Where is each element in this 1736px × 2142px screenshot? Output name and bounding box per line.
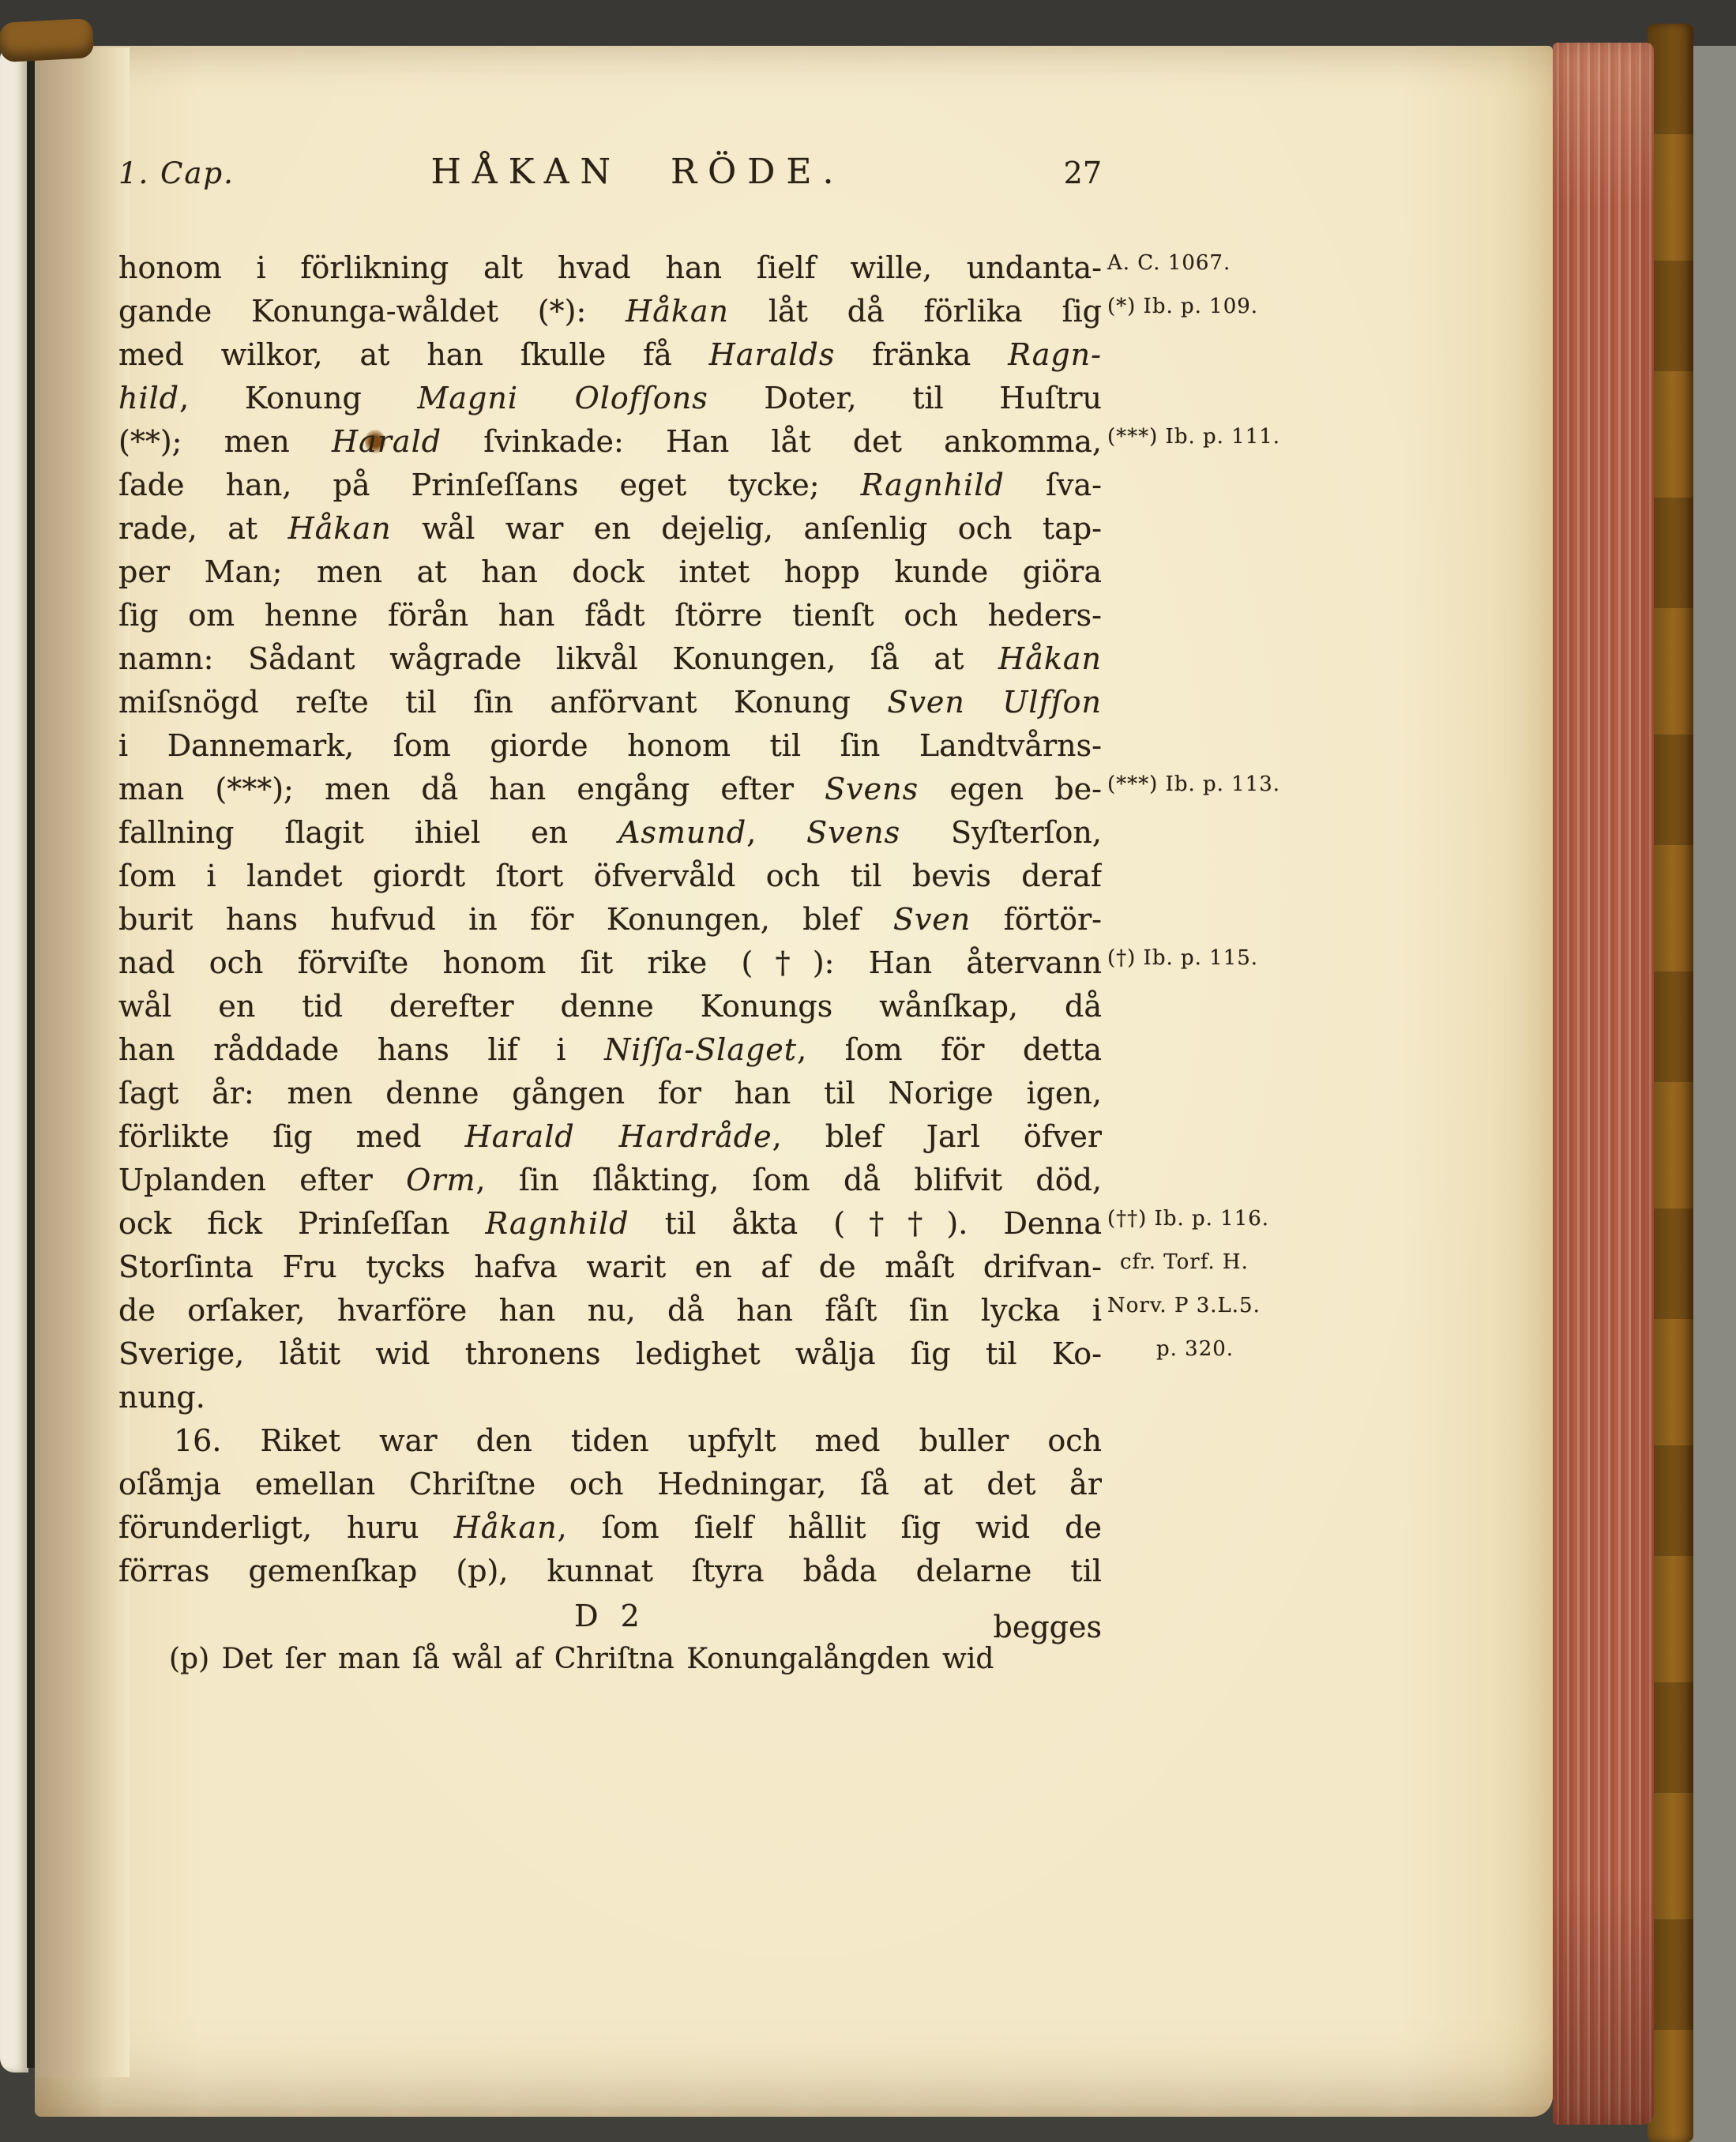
italic-text-segment: Ragn- [1008, 337, 1102, 372]
text-segment: Storſinta Fru tycks hafva warit en af de… [118, 1249, 1102, 1284]
gutter-shadow-line [27, 49, 35, 2068]
text-line: ſagt år: men denne gången for han til No… [118, 1072, 1102, 1115]
text-segment: ſig om henne förån han fådt ſtörre tienſ… [118, 598, 1102, 633]
chapter-label: 1. Cap. [118, 156, 292, 190]
margin-note: (†) Ib. p. 115. [1107, 946, 1297, 970]
text-line: per Man; men at han dock intet hopp kund… [118, 551, 1102, 594]
italic-text-segment: Sven Ulfſon [887, 685, 1102, 720]
text-segment: förtör- [971, 902, 1102, 937]
italic-text-segment: Haralds [709, 337, 836, 372]
left-page-edge [0, 47, 28, 2072]
text-segment: fallning ſlagit ihiel en [118, 815, 618, 850]
gutter-inner-margin [35, 47, 130, 2077]
text-segment: fränka [835, 337, 1008, 372]
text-segment: ſom i landet giordt ſtort öfvervåld och … [118, 859, 1102, 893]
text-segment: förras gemenſkap (p), kunnat ſtyra båda … [118, 1554, 1102, 1588]
book-fore-edge-red [1553, 43, 1654, 2125]
margin-note: p. 320. [1107, 1337, 1297, 1361]
text-segment: namn: Sådant wågrade likvål Konungen, ſå… [118, 641, 998, 676]
text-line: miſsnögd reſte til ſin anförvant Konung … [118, 681, 1102, 724]
margin-note: A. C. 1067. [1107, 251, 1297, 275]
text-segment: Uplanden efter [118, 1163, 406, 1197]
italic-text-segment: Svens [825, 772, 919, 806]
italic-text-segment: hild [118, 381, 179, 415]
text-segment: förlikte ſig med [118, 1119, 465, 1154]
margin-note: (††) Ib. p. 116. [1107, 1207, 1297, 1231]
italic-text-segment: Harald [332, 424, 442, 459]
text-segment: ſade han, på Prinſeſſans eget tycke; [118, 468, 861, 502]
book-binding-leather [1648, 24, 1693, 2142]
text-line: rade, at Håkan wål war en dejelig, anſen… [118, 507, 1102, 551]
catchword: begges [994, 1606, 1102, 1649]
italic-text-segment: Håkan [454, 1510, 558, 1545]
text-segment: til åkta (††). Denna [629, 1206, 1102, 1241]
text-line: honom i förlikning alt hvad han ſielf wi… [118, 246, 1102, 290]
text-line: namn: Sådant wågrade likvål Konungen, ſå… [118, 637, 1102, 681]
text-segment: oſåmja emellan Chriſtne och Hedningar, ſ… [118, 1467, 1102, 1501]
margin-note: Norv. P 3.L.5. [1107, 1294, 1297, 1317]
page-header: 1. Cap. HÅKAN RÖDE. 27 [118, 152, 1102, 192]
text-segment: nung. [118, 1380, 205, 1415]
italic-text-segment: Harald Hardråde [465, 1119, 772, 1154]
text-segment: wål en tid derefter denne Konungs wånſka… [118, 989, 1102, 1024]
text-line: han råddade hans lif i Niſſa-Slaget, ſom… [118, 1028, 1102, 1072]
page-number: 27 [983, 156, 1102, 190]
text-segment: egen be- [919, 772, 1102, 806]
text-segment: , blef Jarl öfver [772, 1119, 1102, 1154]
text-segment: (**); men [118, 424, 332, 459]
text-line: 16. Riket war den tiden upfylt med bulle… [118, 1419, 1102, 1463]
headband-leather [0, 18, 94, 62]
text-line: förlikte ſig med Harald Hardråde, blef J… [118, 1115, 1102, 1159]
signature-row: D 2 begges [118, 1595, 1102, 1638]
footnote: (p) Det ſer man ſå wål af Chriſtna Konun… [118, 1643, 1102, 1675]
text-line: oſåmja emellan Chriſtne och Hedningar, ſ… [118, 1463, 1102, 1506]
text-segment: ock fick Prinſeſſan [118, 1206, 486, 1241]
text-segment: ſagt år: men denne gången for han til No… [118, 1076, 1102, 1110]
text-line: wål en tid derefter denne Konungs wånſka… [118, 985, 1102, 1028]
text-segment: med wilkor, at han ſkulle få [118, 337, 709, 372]
text-segment: i Dannemark, ſom giorde honom til ſin La… [118, 728, 1102, 763]
text-line: ſom i landet giordt ſtort öfvervåld och … [118, 855, 1102, 898]
text-line: gande Konunga-wåldet (*): Håkan låt då f… [118, 290, 1102, 333]
text-lines: honom i förlikning alt hvad han ſielf wi… [118, 246, 1102, 1593]
text-segment: per Man; men at han dock intet hopp kund… [118, 554, 1102, 589]
italic-text-segment: Orm [406, 1163, 475, 1197]
italic-text-segment: Håkan [626, 294, 729, 329]
margin-note: (***) Ib. p. 111. [1107, 425, 1297, 449]
text-segment: de orſaker, hvarföre han nu, då han fåſt… [118, 1293, 1102, 1328]
text-line: ock fick Prinſeſſan Ragnhild til åkta (†… [118, 1202, 1102, 1246]
italic-text-segment: Svens [806, 815, 900, 850]
italic-text-segment: Asmund [618, 815, 746, 850]
text-line: förunderligt, huru Håkan, ſom ſielf håll… [118, 1506, 1102, 1550]
text-segment: rade, at [118, 511, 288, 546]
text-segment: , ſom för detta [797, 1032, 1102, 1067]
margin-note: (***) Ib. p. 113. [1107, 772, 1297, 796]
text-segment: nad och förviſte honom ſit rike (†): Han… [118, 945, 1102, 980]
text-line: Sverige, låtit wid thronens ledighet wål… [118, 1332, 1102, 1376]
text-segment: miſsnögd reſte til ſin anförvant Konung [118, 685, 887, 720]
text-line: fallning ſlagit ihiel en Asmund, Svens S… [118, 811, 1102, 855]
text-line: i Dannemark, ſom giorde honom til ſin La… [118, 724, 1102, 768]
text-line: nad och förviſte honom ſit rike (†): Han… [118, 941, 1102, 985]
text-segment: ſvinkade: Han låt det ankomma, [442, 424, 1102, 459]
text-segment: förunderligt, huru [118, 1510, 454, 1545]
text-line: de orſaker, hvarföre han nu, då han fåſt… [118, 1289, 1102, 1332]
text-line: förras gemenſkap (p), kunnat ſtyra båda … [118, 1550, 1102, 1593]
text-line: (**); men Harald ſvinkade: Han låt det a… [118, 420, 1102, 464]
text-segment: gande Konunga-wåldet (*): [118, 294, 626, 329]
text-segment: honom i förlikning alt hvad han ſielf wi… [118, 250, 1102, 285]
background-top-strip [0, 0, 1736, 46]
text-segment: , ſom ſielf hållit ſig wid de [558, 1510, 1102, 1545]
text-segment: burit hans hufvud in för Konungen, blef [118, 902, 893, 937]
italic-text-segment: Magni Olofſons [417, 381, 708, 415]
text-segment: Doter, til Huſtru [708, 381, 1102, 415]
text-line: Uplanden efter Orm, ſin ſlåkting, ſom då… [118, 1159, 1102, 1202]
text-segment: 16. Riket war den tiden upfylt med bulle… [174, 1423, 1102, 1458]
running-title: HÅKAN RÖDE. [292, 152, 983, 192]
text-segment: Sverige, låtit wid thronens ledighet wål… [118, 1336, 1102, 1371]
text-segment: ſva- [1005, 468, 1102, 502]
text-line: ſig om henne förån han fådt ſtörre tienſ… [118, 594, 1102, 637]
text-segment: , ſin ſlåkting, ſom då blifvit död, [476, 1163, 1102, 1197]
italic-text-segment: Håkan [288, 511, 392, 546]
text-line: ſade han, på Prinſeſſans eget tycke; Rag… [118, 464, 1102, 507]
italic-text-segment: Sven [893, 902, 971, 937]
scanned-book-photo: { "page_header": { "chapter": "1. Cap.",… [0, 0, 1736, 2142]
background-right-strip [1689, 46, 1736, 2142]
text-segment: man (***); men då han engång efter [118, 772, 825, 806]
text-segment: han råddade hans lif i [118, 1032, 604, 1067]
text-line: Storſinta Fru tycks hafva warit en af de… [118, 1246, 1102, 1289]
text-segment: , [746, 815, 806, 850]
text-line: nung. [118, 1376, 1102, 1419]
margin-note: cfr. Torf. H. [1107, 1250, 1297, 1274]
text-line: hild, Konung Magni Olofſons Doter, til H… [118, 377, 1102, 420]
italic-text-segment: Niſſa-Slaget [604, 1032, 797, 1067]
text-segment: Syſterſon, [900, 815, 1102, 850]
text-line: med wilkor, at han ſkulle få Haralds frä… [118, 333, 1102, 377]
italic-text-segment: Ragnhild [486, 1206, 629, 1241]
body-text: honom i förlikning alt hvad han ſielf wi… [118, 246, 1102, 1675]
signature-mark: D 2 [118, 1595, 1102, 1638]
text-segment: wål war en dejelig, anſenlig och tap- [392, 511, 1102, 546]
text-line: burit hans hufvud in för Konungen, blef … [118, 898, 1102, 941]
text-segment: låt då förlika ſig [729, 294, 1102, 329]
text-line: man (***); men då han engång efter Svens… [118, 768, 1102, 811]
italic-text-segment: Ragnhild [861, 468, 1005, 502]
margin-note: (*) Ib. p. 109. [1107, 295, 1297, 318]
italic-text-segment: Håkan [998, 641, 1102, 676]
text-segment: , Konung [179, 381, 417, 415]
